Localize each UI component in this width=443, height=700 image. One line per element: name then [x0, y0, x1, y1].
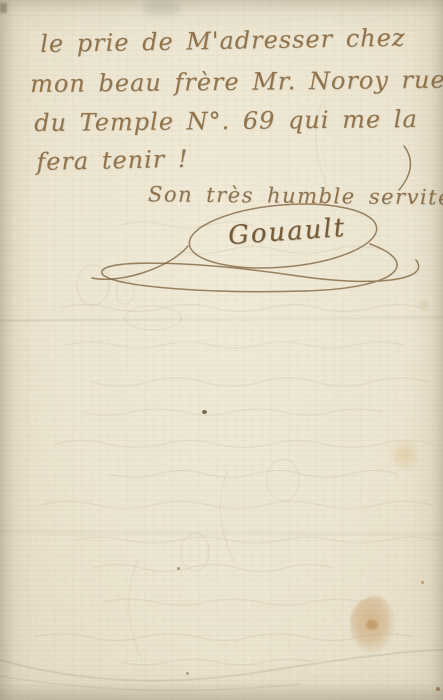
signature-name: Gouault: [227, 213, 347, 251]
letter-body-line-4: fera tenir !: [36, 145, 189, 176]
corner-mark: [0, 3, 7, 13]
ink-speck: [202, 410, 207, 414]
paper-crease-middle: [0, 316, 443, 321]
gray-smudge: [143, 0, 181, 16]
letter-body-line-1: le prie de M'adresser chez: [40, 24, 406, 58]
letter-page: le prie de M'adresser chez mon beau frèr…: [0, 0, 443, 700]
letter-body-line-3: du Temple N°. 69 qui me la: [34, 105, 418, 137]
brown-stain: [350, 596, 396, 654]
faint-stain: [416, 298, 432, 312]
paper-crease-lower: [0, 531, 443, 535]
letter-body-line-2: mon beau frère Mr. Noroy rue: [30, 66, 443, 98]
brown-stain-core: [366, 620, 378, 630]
ink-speck: [186, 672, 189, 675]
letter-closing: Son très humble serviteur: [148, 182, 443, 209]
ink-speck: [421, 581, 424, 584]
ink-speck: [436, 687, 440, 691]
yellow-stain: [388, 438, 422, 472]
ink-speck: [177, 567, 180, 570]
